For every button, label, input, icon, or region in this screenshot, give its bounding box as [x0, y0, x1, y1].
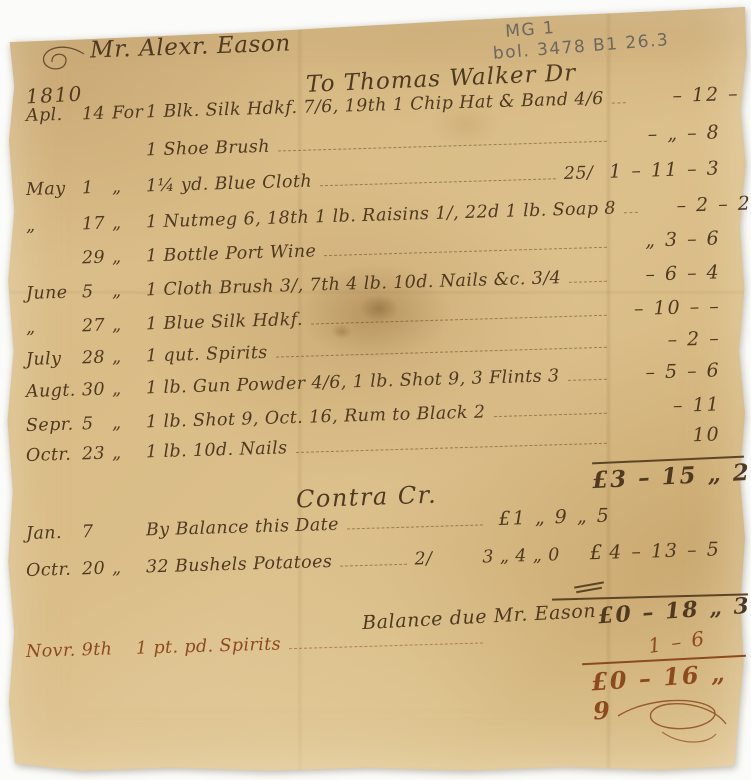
- row-amount: – 11: [614, 393, 721, 418]
- dash-leader: [340, 563, 406, 567]
- row-month: Jan.: [26, 522, 83, 544]
- row-day: [82, 156, 112, 157]
- row-day: 27: [82, 315, 113, 336]
- spacer: [560, 559, 590, 560]
- row-amount: – 2 – 2: [646, 192, 751, 217]
- row-month: „: [26, 316, 83, 338]
- row-day: 7: [82, 521, 113, 542]
- row-price: 2/: [414, 548, 448, 569]
- row-ditto: „: [112, 412, 147, 433]
- row-day: 14: [82, 103, 113, 124]
- row-amount: 1 – 11 – 3: [609, 157, 721, 182]
- row-day: 28: [82, 347, 113, 368]
- row-ditto: „: [112, 280, 147, 301]
- dash-leader: [493, 412, 607, 417]
- row-ditto: „: [112, 346, 147, 367]
- row-ditto: „: [112, 442, 147, 463]
- signature-flourish-icon: [612, 696, 732, 760]
- row-amount: – 5 – 6: [614, 359, 721, 384]
- row-ditto: „: [112, 212, 147, 233]
- row-amount: – 10 – –: [614, 295, 721, 320]
- document-scan: MG 1 bol. 3478 B1 26.3 Mr. Alexr. Eason …: [0, 0, 751, 780]
- row-month: Octr.: [26, 444, 83, 466]
- row-month: Sepr.: [26, 414, 83, 436]
- row-month: May: [26, 178, 83, 200]
- dash-leader: [347, 523, 483, 529]
- row-month: Augt.: [26, 380, 83, 402]
- spacer: [449, 562, 483, 563]
- dash-leader: [320, 177, 556, 186]
- row-month: June: [26, 282, 83, 304]
- addendum-date: Novr. 9th: [26, 639, 137, 662]
- row-month: „: [26, 214, 83, 236]
- row-month: Apl.: [26, 104, 83, 126]
- row-subtotal: 3 „ 4 „ 0: [482, 545, 560, 567]
- row-day: 23: [82, 443, 113, 464]
- row-amount: „ 3 – 6: [614, 227, 721, 252]
- row-amount: 10: [614, 423, 721, 448]
- row-amount: – 2 –: [614, 327, 721, 352]
- row-month: July: [26, 348, 83, 370]
- row-day: 30: [82, 379, 113, 400]
- dash-leader: [568, 378, 607, 381]
- credit-heading: Contra Cr.: [296, 481, 438, 514]
- row-day: 29: [82, 247, 113, 268]
- row-amount: – „ – 8: [614, 121, 721, 146]
- row-price: 25/: [564, 163, 610, 184]
- row-day: 17: [82, 213, 113, 234]
- pound-sign: £: [589, 540, 603, 564]
- row-amount: – 12 –: [633, 83, 740, 108]
- row-amount: 4 – 13 – 5: [602, 538, 721, 563]
- dash-leader: [624, 211, 638, 213]
- row-ditto: „: [112, 378, 147, 399]
- row-month: [26, 263, 82, 265]
- row-month: Octr.: [26, 559, 83, 581]
- row-day: 5: [82, 413, 113, 434]
- row-day: 5: [82, 281, 113, 302]
- row-ditto: „: [112, 557, 147, 578]
- row-description: 1 qut. Spirits: [146, 343, 268, 367]
- row-ditto: „: [112, 246, 147, 267]
- row-ditto: [112, 535, 146, 536]
- row-description: 1 lb. 10d. Nails: [146, 438, 288, 462]
- row-month: [26, 157, 82, 159]
- dash-leader: [612, 101, 626, 103]
- row-ditto: „: [112, 176, 147, 197]
- dash-leader: [289, 641, 483, 649]
- row-amount: £1 „ 9 „ 5: [490, 505, 611, 531]
- row-description: 1 Shoe Brush: [146, 137, 271, 161]
- dash-leader: [569, 280, 607, 283]
- flourish-icon: [36, 44, 88, 78]
- row-amount: – 6 – 4: [614, 261, 721, 286]
- row-day: 1: [82, 177, 113, 198]
- row-day: 20: [82, 558, 113, 579]
- row-ditto: „: [112, 314, 147, 335]
- row-ditto: For: [112, 102, 147, 123]
- row-ditto: [112, 155, 146, 156]
